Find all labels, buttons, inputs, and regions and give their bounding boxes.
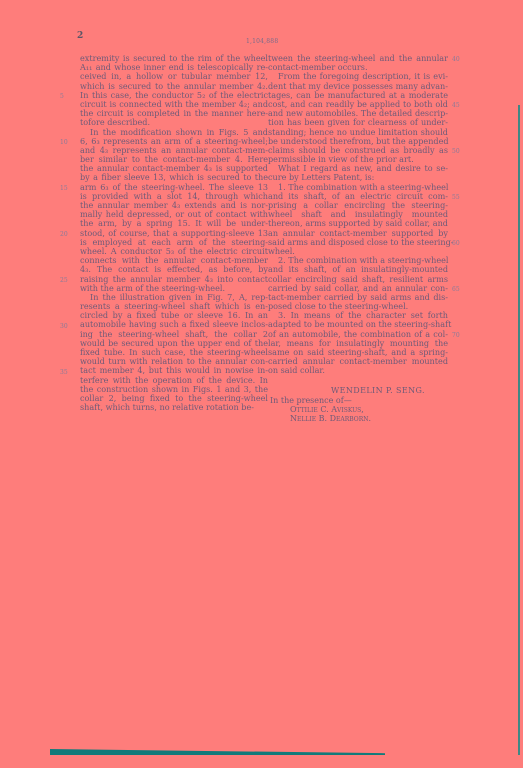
margin-line-number: 25 (60, 277, 68, 284)
witness-1: Ottilie C. Aviskus, (290, 405, 364, 414)
margin-line-number: 55 (452, 194, 460, 201)
margin-line-number: 70 (452, 332, 460, 339)
margin-line-number: 10 (60, 139, 68, 146)
margin-line-number: 15 (60, 185, 68, 192)
page-number: 2 (77, 31, 83, 41)
margin-line-number: 35 (60, 369, 68, 376)
presence-label: In the presence of— (270, 396, 352, 405)
right-edge-rule (518, 105, 520, 755)
margin-line-number: 60 (452, 240, 460, 247)
margin-line-number: 40 (452, 56, 460, 63)
witness-2: Nellie B. Dearborn. (290, 414, 371, 423)
margin-line-number: 20 (60, 231, 68, 238)
text-line: shaft, which turns, no relative rotation… (80, 403, 268, 412)
margin-line-number: 50 (452, 148, 460, 155)
margin-line-number: 45 (452, 102, 460, 109)
right-text-column: tween the steering-wheel and the annular… (268, 54, 448, 376)
bottom-rule (50, 749, 385, 755)
inventor-signature: WENDELIN P. SENG. (331, 386, 425, 395)
text-line: on said collar. (268, 366, 448, 375)
text-line: said arms and disposed close to the stee… (268, 238, 448, 247)
margin-line-number: 65 (452, 286, 460, 293)
patent-number: 1,104,888 (246, 38, 278, 45)
margin-line-number: 30 (60, 323, 68, 330)
margin-line-number: 5 (60, 93, 64, 100)
left-text-column: extremity is secured to the rim of the w… (80, 54, 268, 412)
